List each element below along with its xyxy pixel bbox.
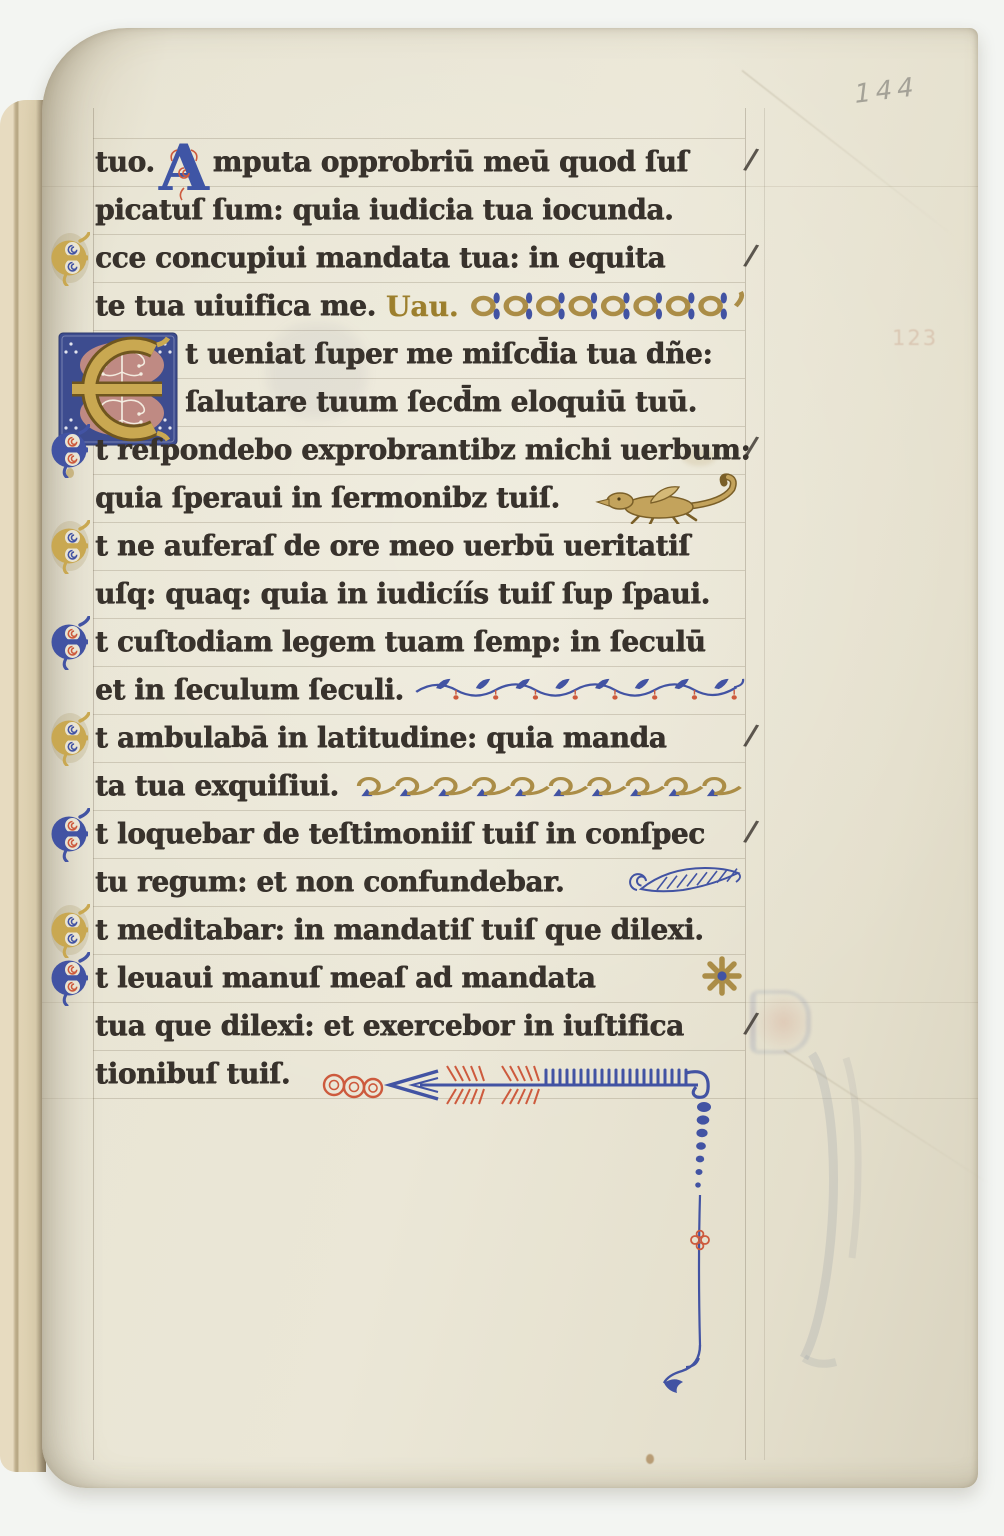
ruling-line [93,108,94,1460]
line-text: t ueniat ſuper me miſcd̄ia tua dñe: [185,340,712,368]
manuscript-page: tuo.Amputa opprobriū meū quod ſuſ/picatu… [42,28,978,1488]
line-text: te tua uiuifica me. [95,292,376,320]
ruling-line [42,186,93,187]
versal-initial [50,904,90,958]
versal-initial [50,808,90,862]
text-line-11: t cuſtodiam legem tuam ſemp: in ſeculū [95,618,745,666]
versal-initial [50,232,90,286]
text-line-17: t meditabar: in mandatiſ tuiſ que dilexi… [95,906,745,954]
versal-initial [50,424,90,478]
line-text: t leuaui manuſ meaſ ad mandata [95,964,595,992]
line-text: cce concupiui mandata tua: in equita [95,244,665,272]
show-through-flourish [782,1048,912,1378]
line-text: tu regum: et non confundebar. [95,868,564,896]
versal-initial [50,616,90,670]
stamp-number: 123 [892,326,938,350]
text-line-13: t ambulabā in latitudine: quia manda [95,714,745,762]
text-line-10: uſq: quaq: quia in iudicíís tuiſ ſup ſpa… [95,570,745,618]
text-line-2: picatuſ ſum: quia iudicia tua iocunda. [95,186,745,234]
text-line-7: t reſpondebo exprobrantibz michi uerbum: [95,426,745,474]
text-line-1: tuo.Amputa opprobriū meū quod ſuſ [95,138,745,186]
text-line-9: t ne auferaſ de ore meo uerbū ueritatiſ [95,522,745,570]
line-text: t meditabar: in mandatiſ tuiſ que dilexi… [95,916,704,944]
line-text: et in ſeculum ſeculi. [95,676,404,704]
filler-blue-red-vine-icon [414,677,745,703]
text-line-3: cce concupiui mandata tua: in equita [95,234,745,282]
line-text: ſalutare tuum ſecd̄m eloquiū tuū. [185,388,697,416]
inline-initial: A [155,140,213,185]
filler-blue-swirl-icon [627,863,745,901]
line-text: t reſpondebo exprobrantibz michi uerbum: [95,436,750,464]
text-line-18: t leuaui manuſ meaſ ad mandata [95,954,745,1002]
line-text: t cuſtodiam legem tuam ſemp: in ſeculū [95,628,705,656]
line-text: picatuſ ſum: quia iudicia tua iocunda. [95,196,673,224]
text-line-8: quia ſperaui in ſermonibz tuiſ. [95,474,745,522]
underlying-page-edges [0,100,46,1472]
line-text: t ne auferaſ de ore meo uerbū ueritatiſ [95,532,690,560]
text-line-5: t ueniat ſuper me miſcd̄ia tua dñe: [95,330,835,378]
text-line-16: tu regum: et non confundebar. [95,858,745,906]
line-text: t ambulabā in latitudine: quia manda [95,724,666,752]
ruling-line [745,186,978,187]
gold-heading-word: Uau. [386,290,459,323]
text-line-15: t loquebar de teſtimoniiſ tuiſ in conſpe… [95,810,745,858]
line-text: t loquebar de teſtimoniiſ tuiſ in conſpe… [95,820,705,848]
line-text: uſq: quaq: quia in iudicíís tuiſ ſup ſpa… [95,580,710,608]
stain-spot [646,1454,654,1464]
text-line-6: ſalutare tuum ſecd̄m eloquiū tuū. [95,378,835,426]
text-line-19: tua que dilexi: et exercebor in iuſtific… [95,1002,745,1050]
versal-initial [50,952,90,1006]
ruling-line [42,1098,93,1099]
line-text: ta tua exquiſiui. [95,772,339,800]
filler-long-penwork-icon [320,1045,770,1395]
parchment-crease [742,70,955,237]
text-line-12: et in ſeculum ſeculi. [95,666,745,714]
filler-gold-scroll-icon [349,774,745,798]
folio-number: 144 [852,72,920,111]
versal-initial [50,712,90,766]
line-text-pre: tuo. [95,148,155,176]
filler-gold-blue-chain-icon [469,291,745,321]
line-text: tionibuſ tuiſ. [95,1060,290,1088]
photograph-background: { "page": { "folio_number": "144", "stam… [0,0,1004,1536]
text-line-4: te tua uiuifica me.Uau. [95,282,745,330]
text-line-14: ta tua exquiſiui. [95,762,745,810]
filler-gold-star-icon [699,953,745,1003]
filler-dragon-icon [595,469,745,528]
line-text: mputa opprobriū meū quod ſuſ [213,148,688,176]
line-text: quia ſperaui in ſermonibz tuiſ. [95,484,560,512]
line-text: tua que dilexi: et exercebor in iuſtific… [95,1012,684,1040]
versal-initial [50,520,90,574]
